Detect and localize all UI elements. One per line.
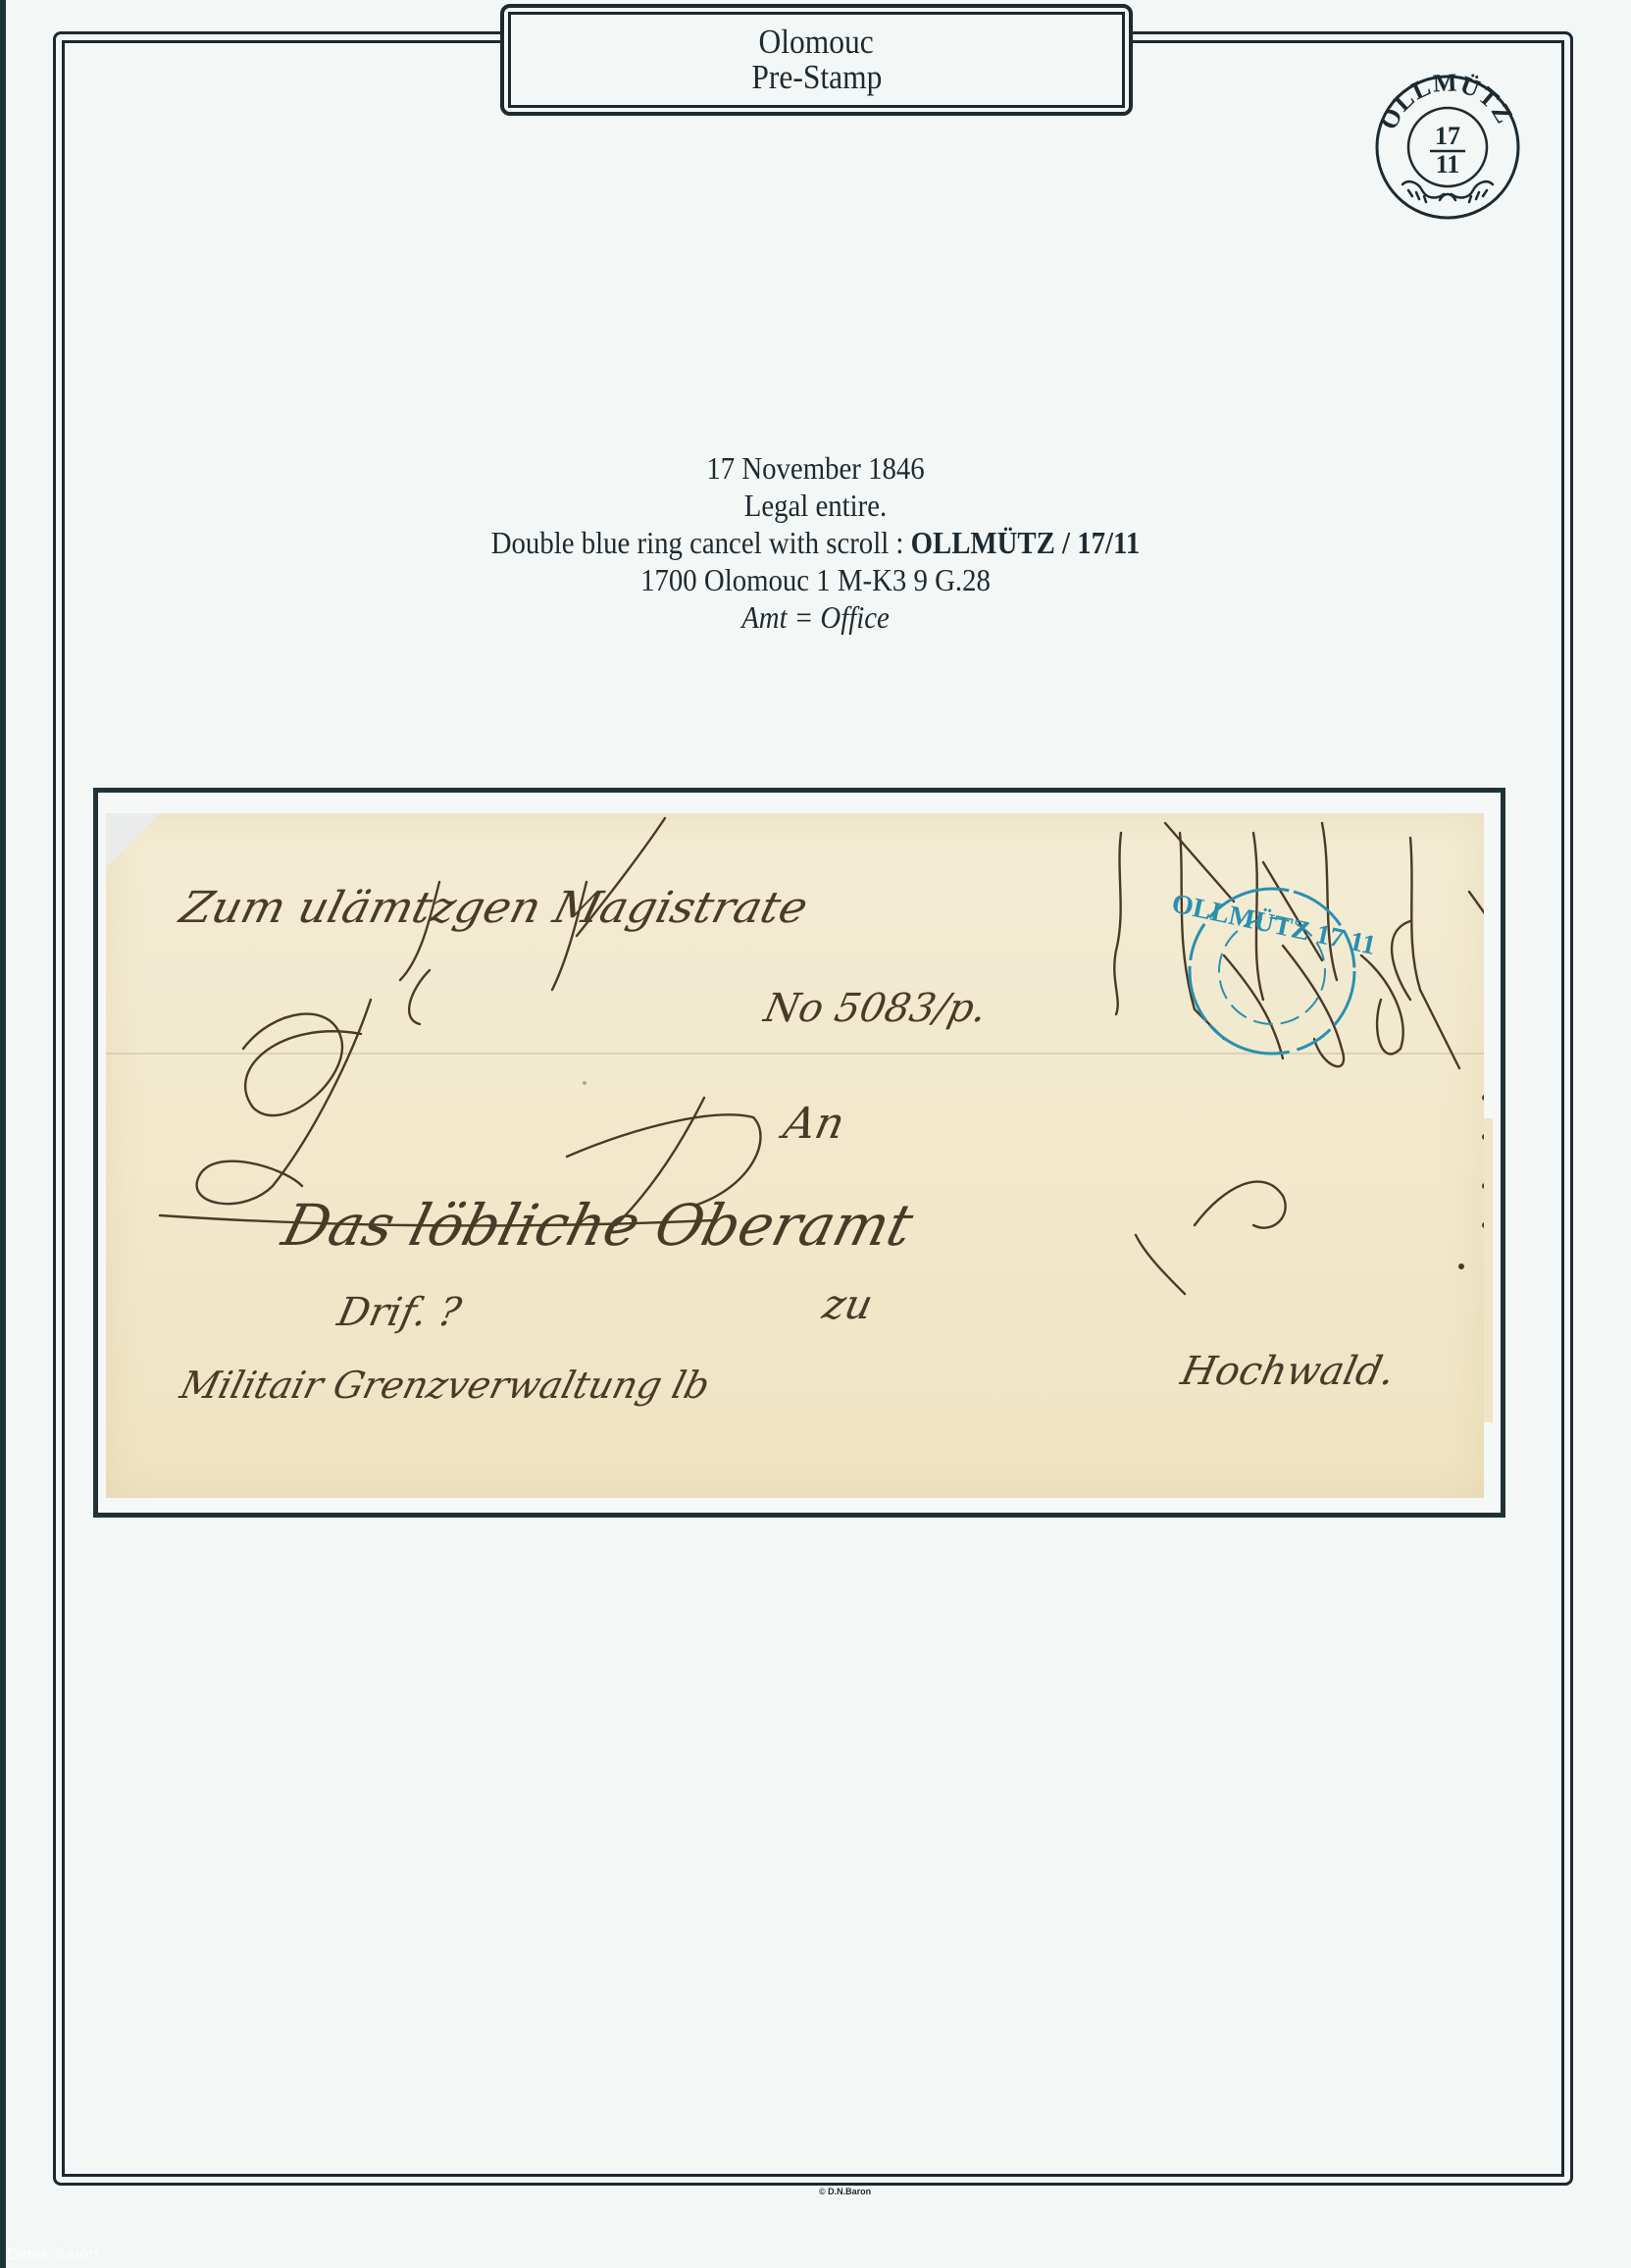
page-title: Olomouc [759,25,874,60]
handwriting-reference-number: No 5083/p. [760,986,991,1031]
scan-edge-strip [0,0,6,2268]
item-description: 17 November 1846 Legal entire. Double bl… [294,449,1337,636]
postmark-day: 17 [1435,122,1460,150]
item-type: Legal entire. [346,487,1285,524]
envelope-edge-fold [1484,1118,1493,1422]
handwriting-an: An [780,1099,849,1149]
handwriting-addressee: Das löbliche Oberamt [277,1192,920,1259]
translation-note: Amt = Office [346,598,1285,636]
copyright-credit: © D.N.Baron [819,2187,871,2196]
cancel-prefix: Double blue ring cancel with scroll : [491,525,911,560]
postmark-illustration-icon: OLLMÜTZ 17 11 [1369,69,1526,226]
postmark-month: 11 [1436,150,1460,179]
handwriting-line-5: Militair Grenzverwaltung lb [177,1364,715,1407]
title-box-inner: Olomouc Pre-Stamp [508,12,1125,108]
handwriting-destination: Hochwald. [1177,1349,1399,1394]
catalogue-reference: 1700 Olomouc 1 M-K3 9 G.28 [346,561,1285,598]
page-subtitle: Pre-Stamp [751,60,882,95]
cancel-bold: OLLMÜTZ / 17/11 [911,525,1141,560]
handwriting-zu: zu [819,1280,878,1328]
handwriting-line-4: Drif. ? [333,1290,465,1335]
scan-watermark: Derek Baron [7,2245,98,2263]
cover-postmark-text: OLLMÜTZ 17 11 [1169,889,1378,961]
cancel-description: Double blue ring cancel with scroll : OL… [346,524,1285,561]
handwriting-line-1: Zum ulämtzgen Magistrate [175,883,812,933]
cover-date: 17 November 1846 [346,449,1285,487]
